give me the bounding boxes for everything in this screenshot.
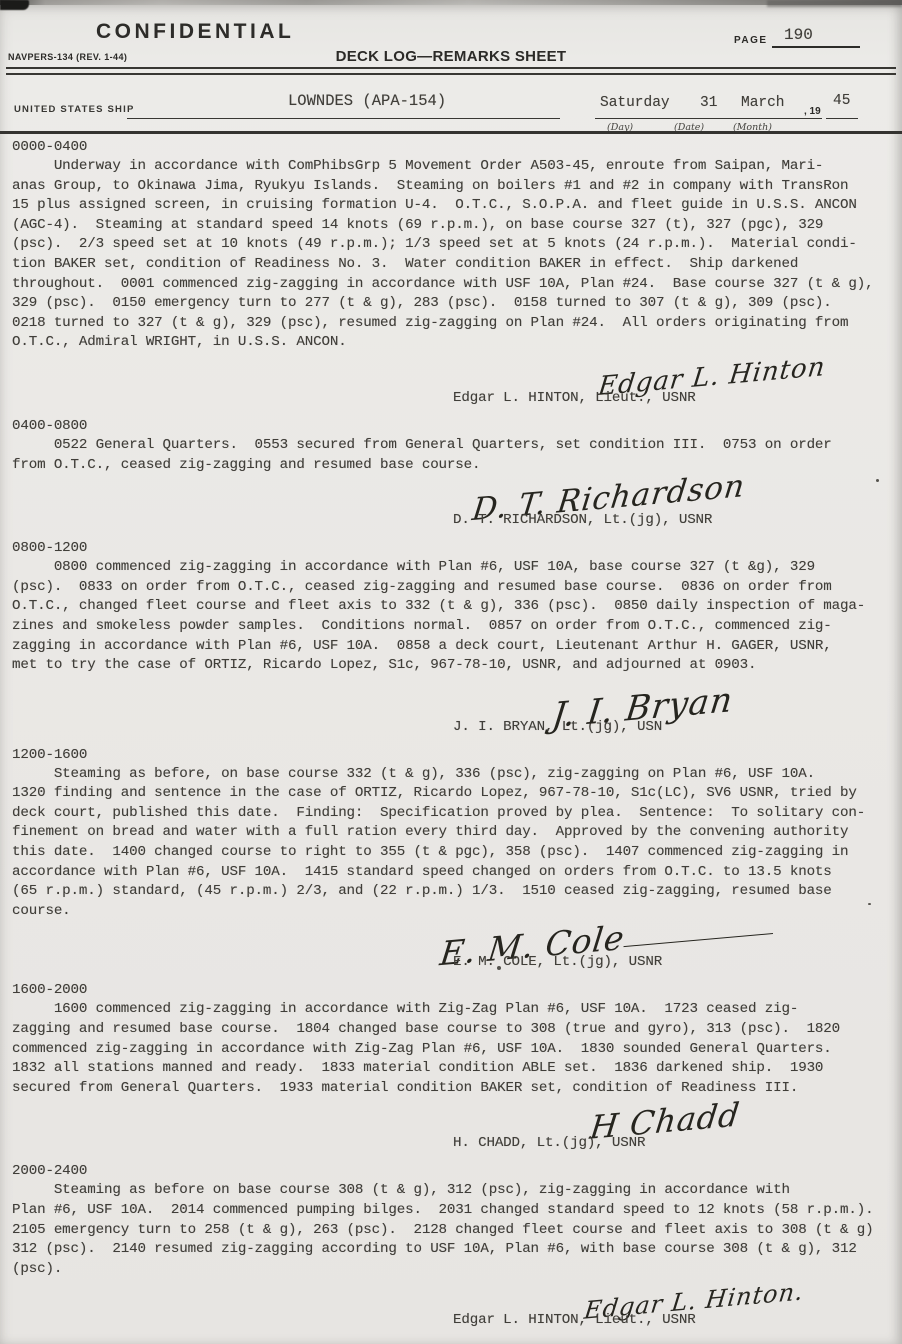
section-remarks-text: 0522 General Quarters. 0553 secured from… <box>12 436 896 475</box>
deck-log-page: CONFIDENTIAL PAGE 190 NAVPERS-134 (REV. … <box>0 0 902 1344</box>
signed-by-typed-name: Edgar L. HINTON, Lieut., USNR <box>453 1312 696 1328</box>
section-remarks-text: 0800 commenced zig-zagging in accordance… <box>12 558 896 676</box>
ship-name: LOWNDES (APA-154) <box>288 92 446 110</box>
heavy-rule <box>0 131 902 134</box>
log-section: 0000-0400 Underway in accordance with Co… <box>12 138 896 407</box>
year-prefix: , 19 <box>804 106 821 117</box>
section-time-range: 0800-1200 <box>12 539 896 558</box>
ship-label: UNITED STATES SHIP <box>14 104 134 115</box>
double-rule <box>6 67 896 75</box>
log-day: Saturday <box>600 95 670 111</box>
signed-by-typed-name: Edgar L. HINTON, Lieut., USNR <box>453 390 696 406</box>
section-time-range: 1200-1600 <box>12 746 896 765</box>
page-label: PAGE <box>734 35 768 46</box>
handwritten-signature: J. I. Bryan <box>550 679 736 735</box>
signed-by-typed-name: D. T. RICHARDSON, Lt.(jg), USNR <box>453 512 712 528</box>
section-remarks-text: Steaming as before on base course 308 (t… <box>12 1181 896 1279</box>
year-underline <box>826 118 858 119</box>
scan-artifact-right-patch <box>767 0 902 7</box>
section-time-range: 1600-2000 <box>12 981 896 1000</box>
signed-by-typed-name: E. M. COLE, Lt.(jg), USNR <box>453 954 662 970</box>
log-section: 1600-2000 1600 commenced zig-zagging in … <box>12 981 896 1152</box>
scan-artifact-corner-blob <box>0 0 29 10</box>
signature-block: H ChaddH. CHADD, Lt.(jg), USNR <box>12 1098 896 1152</box>
log-sections: 0000-0400 Underway in accordance with Co… <box>12 138 896 1329</box>
section-time-range: 2000-2400 <box>12 1162 896 1181</box>
document-title: DECK LOG—REMARKS SHEET <box>0 48 902 65</box>
log-section: 2000-2400 Steaming as before on base cou… <box>12 1162 896 1329</box>
section-remarks-text: Underway in accordance with ComPhibsGrp … <box>12 157 896 353</box>
signature-block: E. M. ColeE. M. COLE, Lt.(jg), USNR <box>12 921 896 971</box>
ship-name-underline <box>127 118 560 119</box>
signed-by-typed-name: H. CHADD, Lt.(jg), USNR <box>453 1135 645 1151</box>
section-time-range: 0000-0400 <box>12 138 896 157</box>
log-year: 45 <box>833 93 850 109</box>
signature-block: Edgar L. Hinton.Edgar L. HINTON, Lieut.,… <box>12 1279 896 1329</box>
page-number: 190 <box>784 26 813 44</box>
date-underline <box>595 118 822 119</box>
section-remarks-text: 1600 commenced zig-zagging in accordance… <box>12 1000 896 1098</box>
log-section: 0800-1200 0800 commenced zig-zagging in … <box>12 539 896 736</box>
signature-block: D. T. RichardsonD. T. RICHARDSON, Lt.(jg… <box>12 475 896 529</box>
classification-stamp: CONFIDENTIAL <box>96 20 294 44</box>
signature-block: Edgar L. HintonEdgar L. HINTON, Lieut., … <box>12 353 896 407</box>
section-time-range: 0400-0800 <box>12 417 896 436</box>
log-section: 1200-1600 Steaming as before, on base co… <box>12 746 896 972</box>
log-section: 0400-0800 0522 General Quarters. 0553 se… <box>12 417 896 529</box>
signature-block: J. I. BryanJ. I. BRYAN, Lt.(jg), USN <box>12 676 896 736</box>
log-month: March <box>741 95 785 111</box>
page-number-group: PAGE 190 <box>728 18 868 48</box>
log-date: 31 <box>700 95 717 111</box>
section-remarks-text: Steaming as before, on base course 332 (… <box>12 765 896 922</box>
